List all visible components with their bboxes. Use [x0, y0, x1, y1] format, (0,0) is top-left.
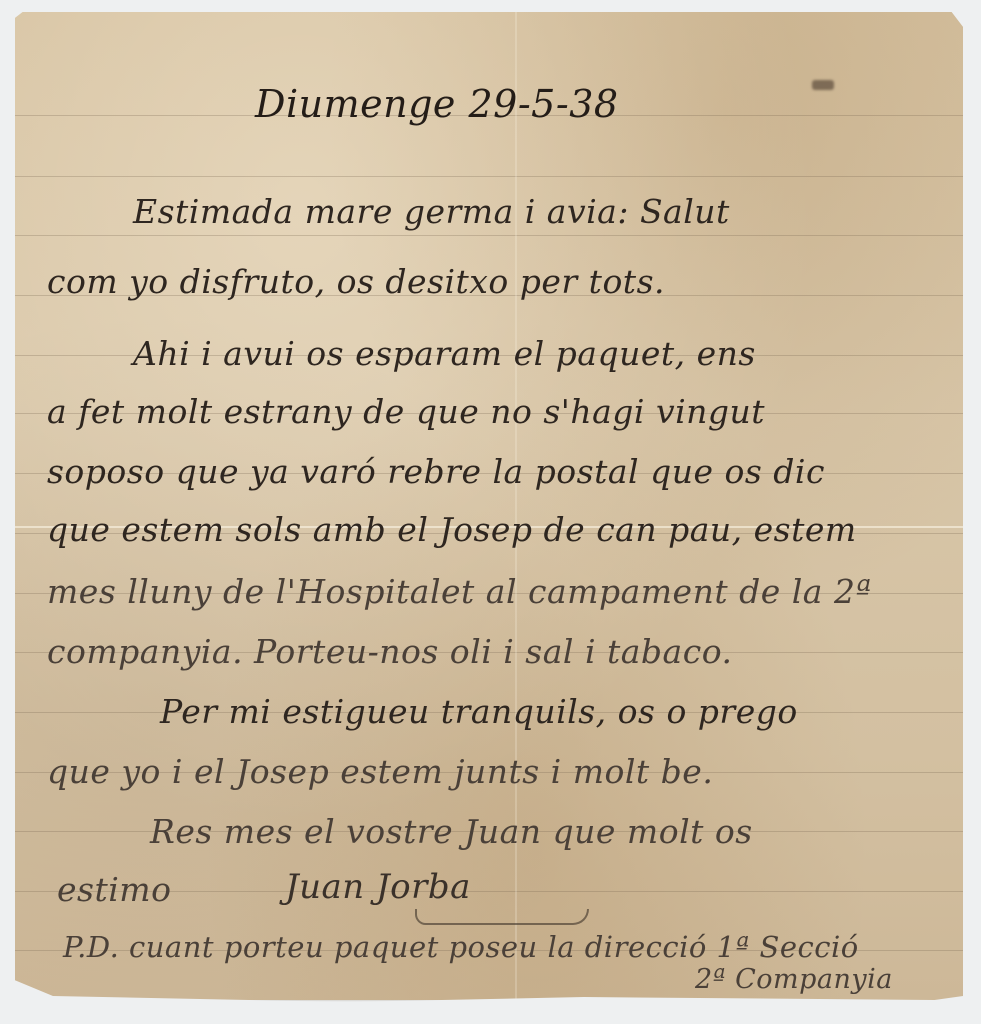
letter-line: Estimada mare germa i avia: Salut [133, 192, 730, 231]
letter-line: que yo i el Josep estem junts i molt be. [47, 752, 713, 791]
letter-line: soposo que ya varó rebre la postal que o… [47, 452, 825, 491]
letter-line: companyia. Porteu-nos oli i sal i tabaco… [47, 632, 733, 671]
handwritten-letter-page: Diumenge 29-5-38 Estimada mare germa i a… [15, 12, 963, 1000]
letter-line: que estem sols amb el Josep de can pau, … [47, 510, 857, 549]
postscript-line: 2ª Companyia [695, 964, 893, 995]
signature: Juan Jorba [285, 867, 471, 907]
letter-line: com yo disfruto, os desitxo per tots. [47, 262, 665, 301]
letter-line: a fet molt estrany de que no s'hagi ving… [47, 392, 765, 431]
letter-line: Per mi estigueu tranquils, os o prego [160, 692, 798, 731]
letter-line: estimo [57, 870, 171, 909]
letter-line: Res mes el vostre Juan que molt os [150, 812, 753, 851]
letter-line: mes lluny de l'Hospitalet al campament d… [47, 572, 872, 611]
letter-line: Ahi i avui os esparam el paquet, ens [133, 334, 756, 373]
ruled-line [15, 235, 963, 236]
ruled-line [15, 176, 963, 177]
paper-fold-crease-vertical [515, 12, 517, 1000]
ink-smudge [812, 80, 834, 90]
signature-flourish [415, 909, 589, 925]
date-heading: Diumenge 29-5-38 [255, 82, 619, 126]
postscript-line: P.D. cuant porteu paquet poseu la direcc… [63, 930, 859, 964]
